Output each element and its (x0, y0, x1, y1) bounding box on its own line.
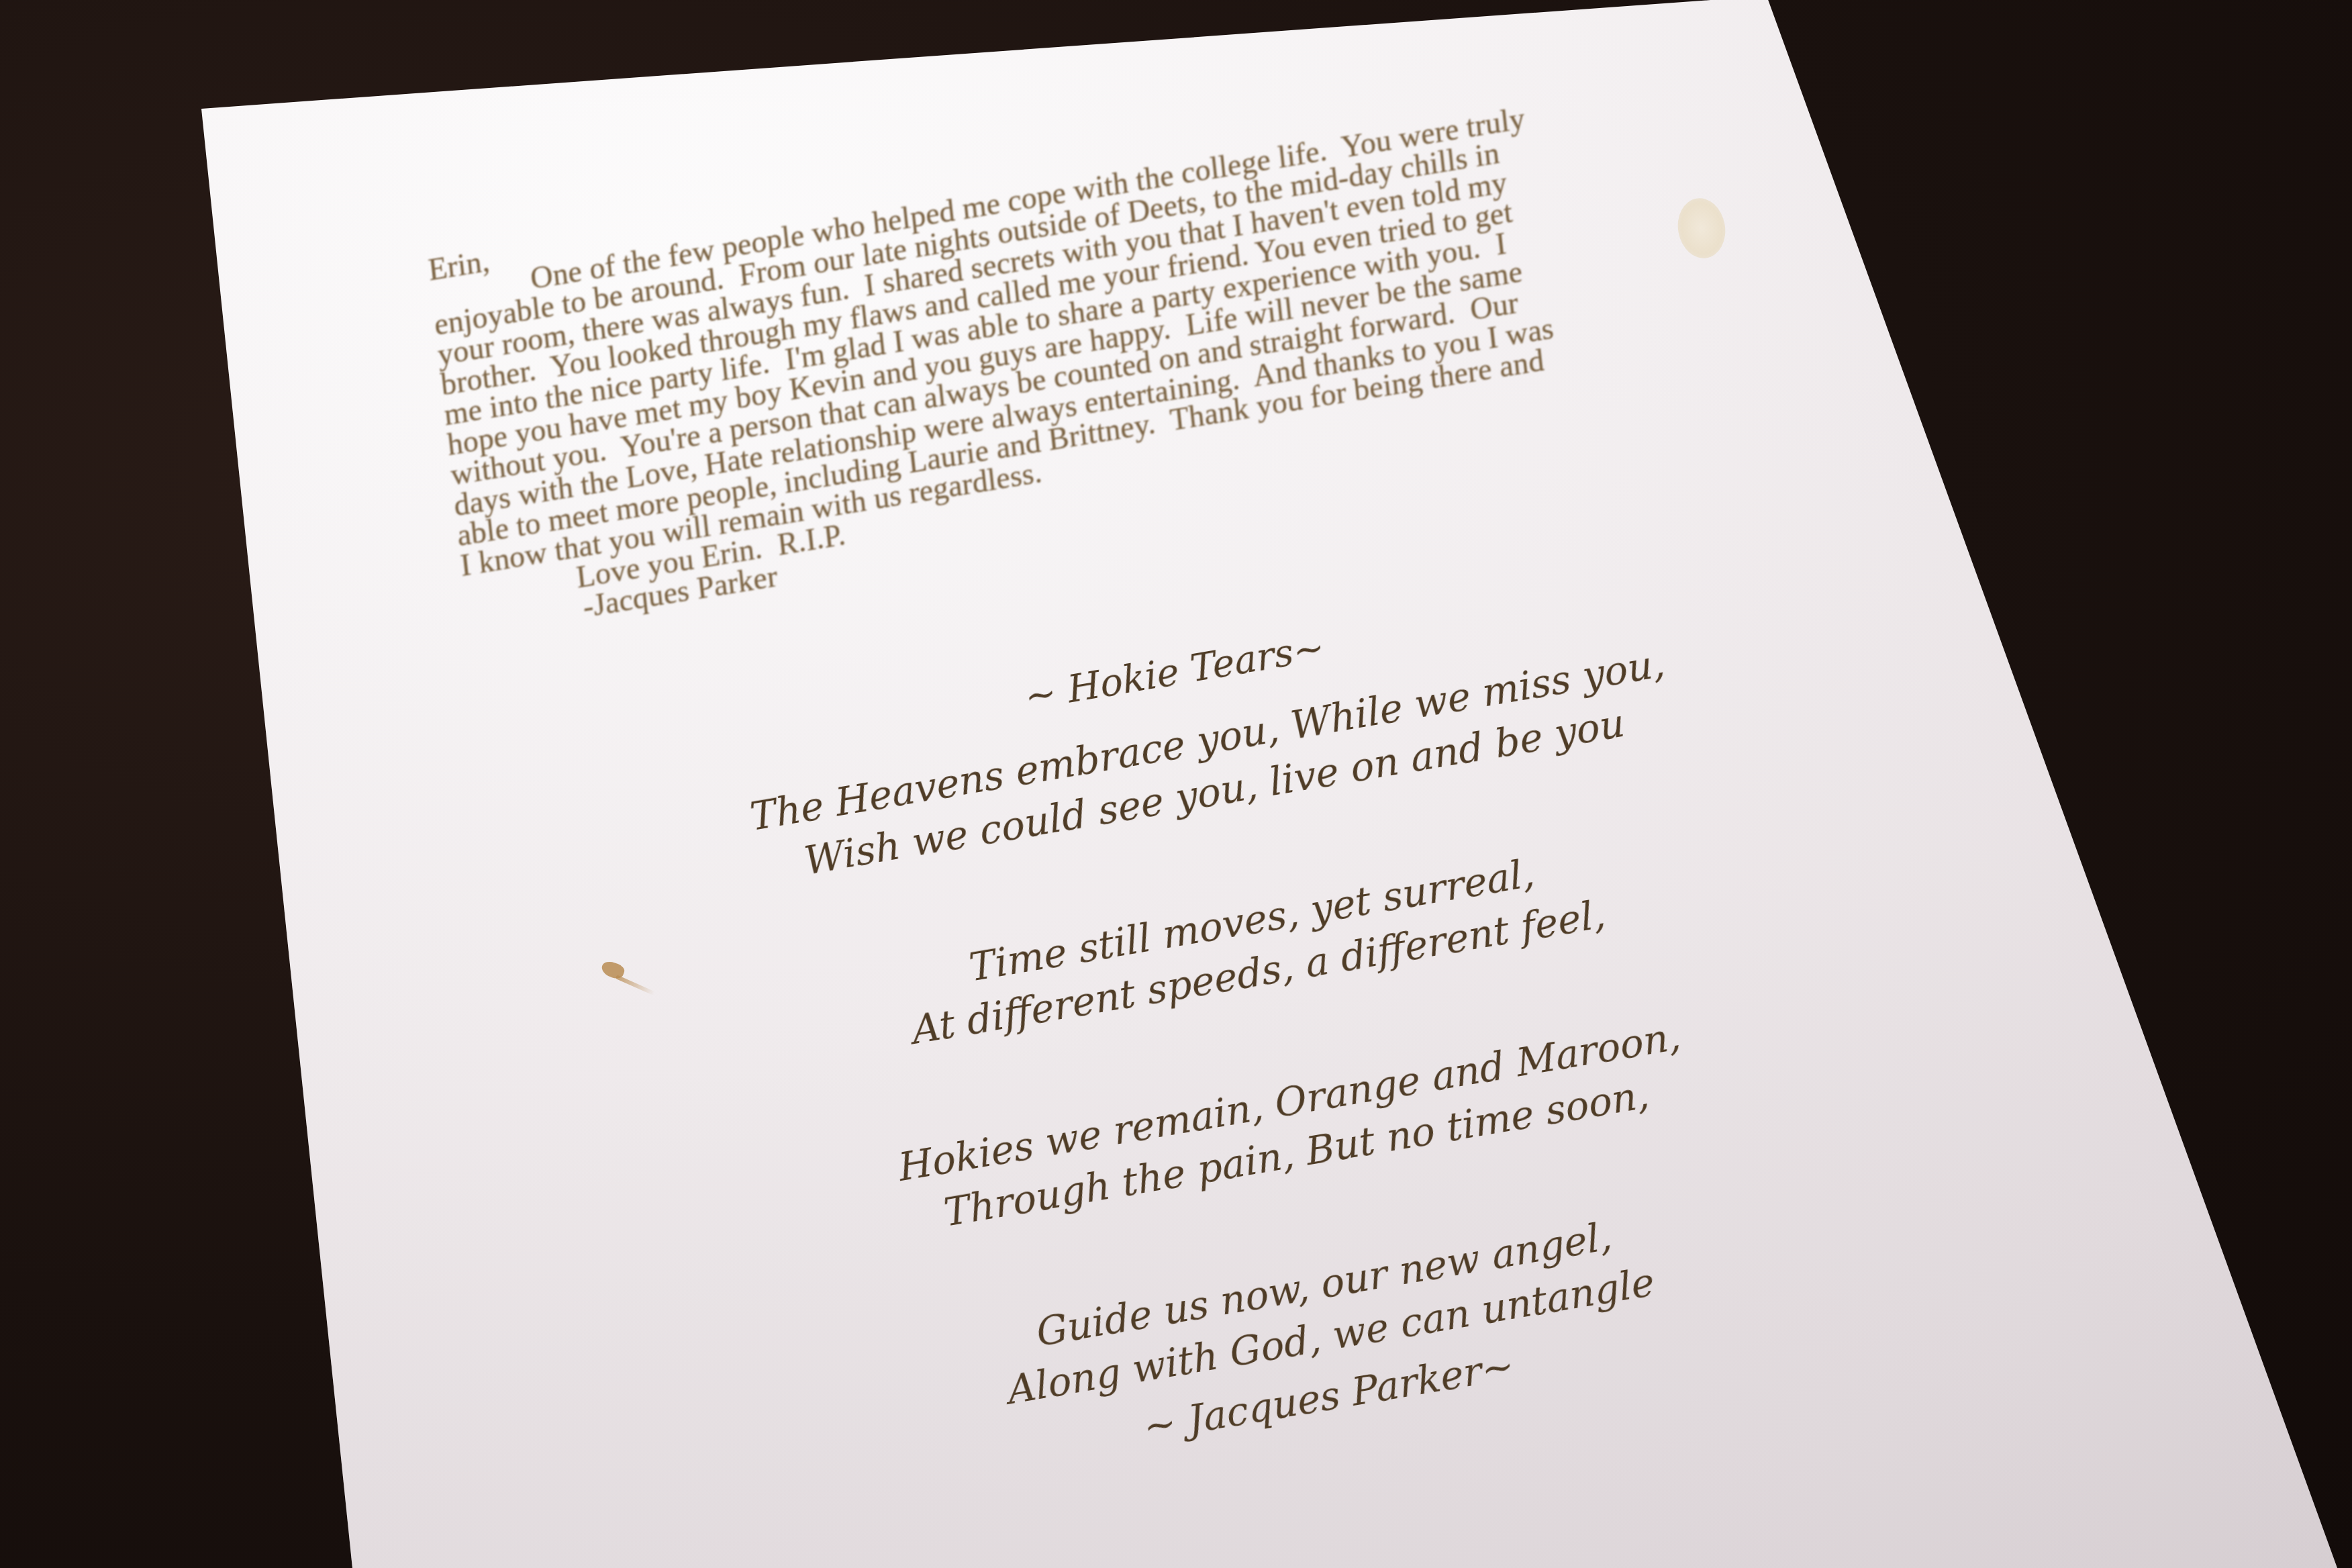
photo-scene: Erin, One of the few people who helped m… (0, 0, 2352, 1568)
poem: ~ Hokie Tears~ The Heavens embrace you, … (745, 566, 1776, 1504)
